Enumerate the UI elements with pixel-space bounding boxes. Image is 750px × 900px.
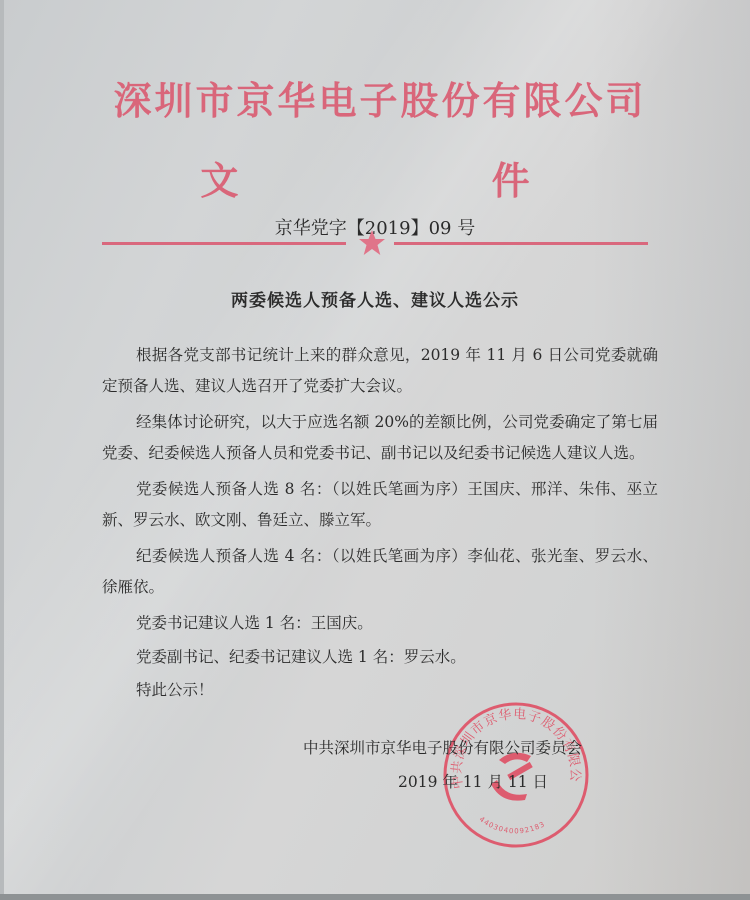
svg-text:4403040092183: 4403040092183	[478, 815, 547, 835]
letterhead-company: 深圳市京华电子股份有限公司	[100, 70, 660, 125]
signature-organization: 中共深圳市京华电子股份有限公司委员会	[303, 736, 582, 758]
document-title: 两委候选人预备人选、建议人选公示	[0, 286, 750, 311]
letterhead-subtitle: 文 件	[0, 150, 750, 205]
red-divider-right	[394, 242, 648, 245]
paragraph: 党委书记建议人选 1 名：王国庆。	[102, 608, 658, 639]
paragraph: 党委候选人预备人选 8 名：（以姓氏笔画为序）王国庆、邢洋、朱伟、巫立新、罗云水…	[102, 474, 658, 535]
paragraph: 党委副书记、纪委书记建议人选 1 名：罗云水。	[102, 642, 658, 673]
paragraph: 纪委候选人预备人选 4 名：（以姓氏笔画为序）李仙花、张光奎、罗云水、徐雁依。	[102, 541, 658, 602]
paper-edge-bottom	[0, 894, 750, 900]
paper-edge-left	[0, 0, 4, 900]
star-icon	[357, 228, 387, 258]
document-body: 根据各党支部书记统计上来的群众意见，2019 年 11 月 6 日公司党委就确定…	[102, 340, 658, 709]
paragraph: 根据各党支部书记统计上来的群众意见，2019 年 11 月 6 日公司党委就确定…	[102, 340, 658, 401]
signature-date: 2019 年 11 月 11 日	[398, 770, 548, 792]
paragraph: 经集体讨论研究，以大于应选名额 20%的差额比例，公司党委确定了第七届党委、纪委…	[102, 407, 658, 468]
red-divider-left	[102, 242, 346, 245]
